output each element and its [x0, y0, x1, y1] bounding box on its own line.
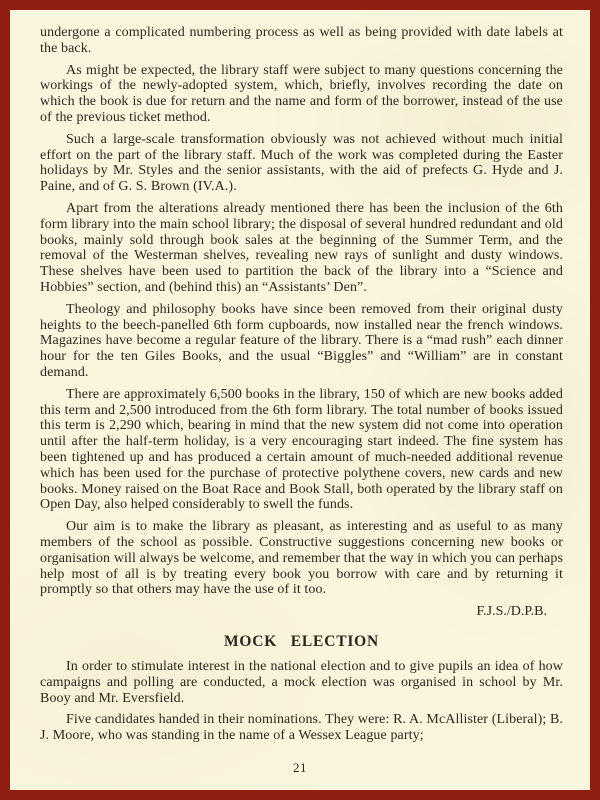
page-content: undergone a complicated numbering proces… [10, 10, 590, 790]
mock-election-section: MOCK ELECTION In order to stimulate inte… [40, 633, 563, 744]
paragraph: Our aim is to make the library as pleasa… [40, 519, 563, 598]
library-report-section: undergone a complicated numbering proces… [40, 25, 563, 620]
signature: F.J.S./D.P.B. [40, 604, 563, 620]
paragraph: In order to stimulate interest in the na… [40, 659, 563, 706]
border-notch [0, 6, 10, 10]
border-notch [590, 781, 600, 784]
paragraph: undergone a complicated numbering proces… [40, 25, 563, 57]
section-heading: MOCK ELECTION [40, 633, 563, 650]
paragraph: Such a large-scale transformation obviou… [40, 132, 563, 195]
paragraph: As might be expected, the library staff … [40, 63, 563, 126]
paragraph: Five candidates handed in their nominati… [40, 712, 563, 744]
border-notch [0, 14, 10, 17]
paragraph: There are approximately 6,500 books in t… [40, 387, 563, 513]
scanned-page: undergone a complicated numbering proces… [0, 0, 600, 800]
paragraph: Apart from the alterations already menti… [40, 201, 563, 296]
page-number: 21 [10, 760, 590, 776]
border-notch [0, 788, 10, 792]
paragraph: Theology and philosophy books have since… [40, 302, 563, 381]
